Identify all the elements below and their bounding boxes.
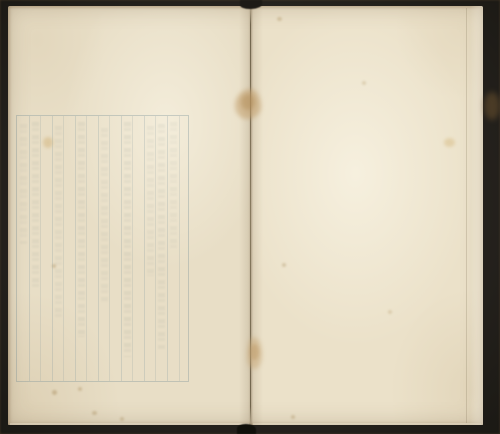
ghost-text-column	[101, 128, 108, 303]
ghost-text-column	[158, 124, 165, 349]
ghost-text-column	[170, 122, 177, 252]
ghost-text-marks	[17, 116, 188, 381]
book-spread	[8, 6, 483, 425]
ghost-text-column	[32, 122, 39, 287]
ghost-table	[16, 115, 189, 382]
ghost-text-column	[147, 126, 154, 276]
border-stain	[484, 92, 500, 120]
center-fold-shadow	[239, 6, 263, 425]
ghost-text-column	[20, 124, 27, 244]
right-page	[251, 6, 483, 425]
bottom-gap-notch	[237, 424, 256, 434]
ghost-text-column	[55, 126, 62, 321]
center-fold-line	[250, 8, 251, 423]
right-page-edge-band	[470, 6, 483, 425]
left-page	[8, 6, 251, 425]
ghost-text-column	[78, 122, 85, 337]
ghost-text-column	[124, 122, 131, 357]
scan-background	[0, 0, 500, 434]
right-page-crease	[466, 8, 467, 423]
